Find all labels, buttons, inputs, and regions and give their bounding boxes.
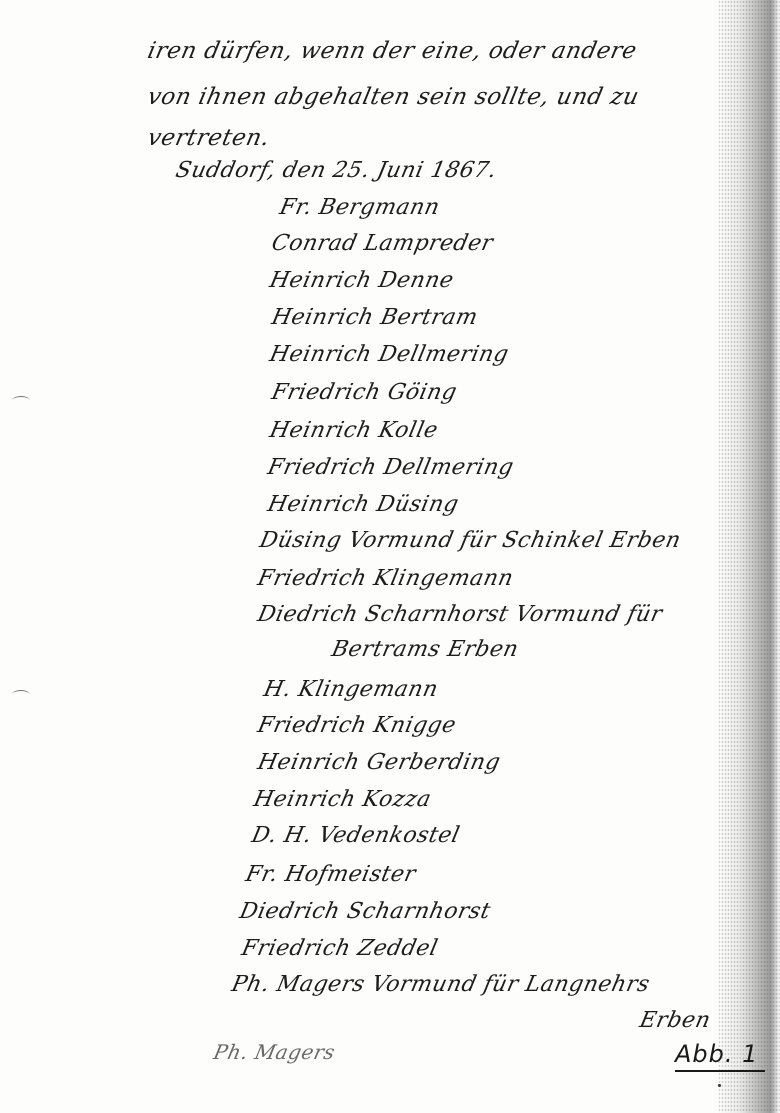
signature: Ph. Magers Vormund für Langnehrs bbox=[229, 972, 652, 997]
signature: Friedrich Zeddel bbox=[239, 936, 440, 961]
signature: Heinrich Gerberding bbox=[255, 750, 502, 775]
signature: Conrad Lampreder bbox=[269, 231, 495, 256]
signature: Friedrich Dellmering bbox=[265, 455, 516, 480]
signature: Heinrich Kolle bbox=[267, 418, 440, 443]
body-line: von ihnen abgehalten sein sollte, und zu bbox=[145, 84, 641, 110]
signature: Düsing Vormund für Schinkel Erben bbox=[257, 528, 683, 553]
signature: Heinrich Kozza bbox=[251, 787, 433, 812]
hole-punch-mark bbox=[12, 690, 30, 699]
signature: Diedrich Scharnhorst bbox=[237, 899, 493, 924]
signature: Erben bbox=[637, 1008, 713, 1033]
signature: Heinrich Bertram bbox=[269, 305, 480, 330]
scan-shadow-edge bbox=[718, 0, 780, 1113]
signature: Heinrich Dellmering bbox=[267, 342, 511, 367]
signature: Friedrich Göing bbox=[269, 380, 459, 405]
signature: Fr. Bergmann bbox=[277, 195, 442, 220]
dateline: Suddorf, den 25. Juni 1867. bbox=[173, 158, 499, 183]
figure-label: Abb. 1 bbox=[675, 1040, 765, 1072]
signature-faint: Ph. Magers bbox=[211, 1040, 337, 1064]
hole-punch-mark bbox=[12, 396, 30, 405]
signature: Friedrich Knigge bbox=[255, 713, 458, 738]
signature: H. Klingemann bbox=[261, 677, 440, 702]
signature: Fr. Hofmeister bbox=[243, 862, 418, 887]
figure-label-underline bbox=[675, 1070, 765, 1072]
scanned-document-page: iren dürfen, wenn der eine, oder andere … bbox=[0, 0, 780, 1113]
signature: Heinrich Denne bbox=[267, 268, 456, 293]
signature: Heinrich Düsing bbox=[265, 492, 461, 517]
speck bbox=[718, 1084, 721, 1087]
signature: Bertrams Erben bbox=[329, 637, 520, 662]
body-line: vertreten. bbox=[145, 125, 272, 151]
body-line: iren dürfen, wenn der eine, oder andere bbox=[145, 38, 639, 64]
figure-label-text: Abb. 1 bbox=[675, 1040, 765, 1068]
signature: Friedrich Klingemann bbox=[255, 566, 515, 591]
signature: Diedrich Scharnhorst Vormund für bbox=[255, 602, 664, 627]
signature: D. H. Vedenkostel bbox=[249, 823, 462, 848]
